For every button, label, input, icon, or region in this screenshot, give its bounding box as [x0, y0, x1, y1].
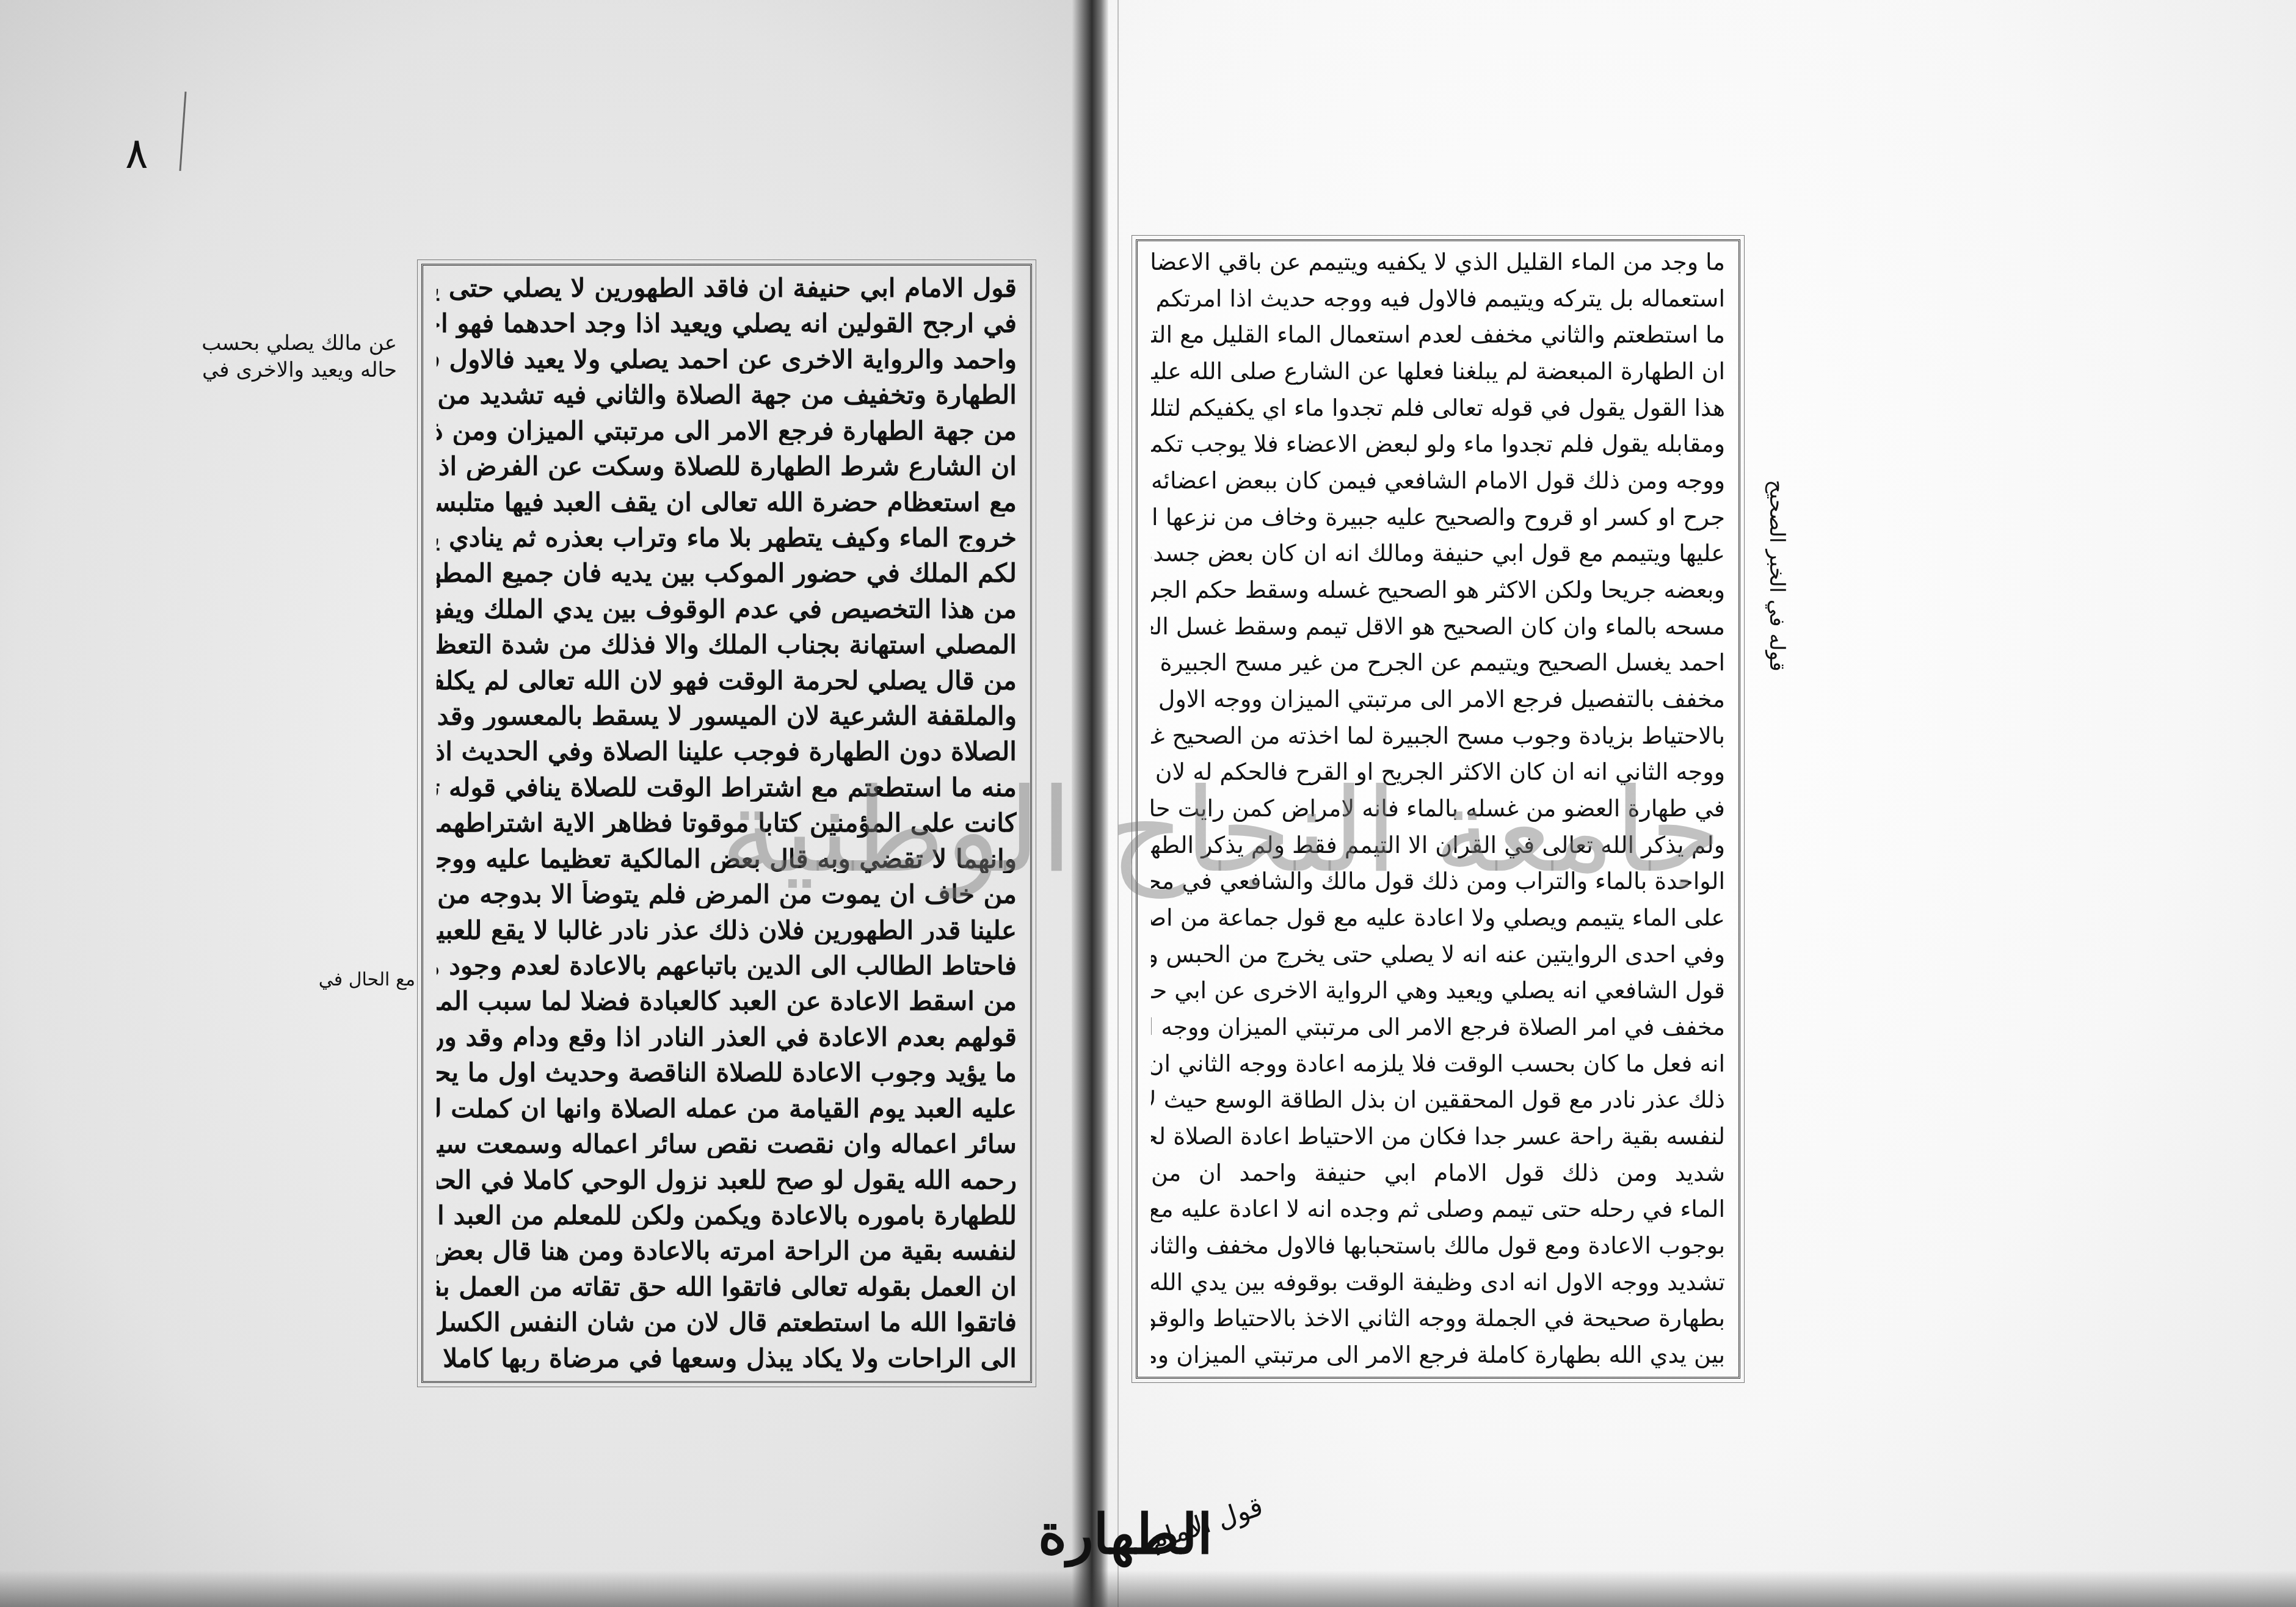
text-line: قولهم بعدم الاعادة في العذر النادر اذا و…	[437, 1023, 1017, 1051]
margin-note-right-vertical: قوله في الخبر الصحيح	[1753, 342, 1789, 672]
text-line: ان الطهارة المبعضة لم يبلغنا فعلها عن ال…	[1151, 359, 1725, 385]
text-line: احمد يغسل الصحيح ويتيمم عن الجرح من غير …	[1151, 650, 1725, 676]
text-line: بالاحتياط بزيادة وجوب مسح الجبيرة لما اخ…	[1151, 724, 1725, 749]
text-line: واحمد والرواية الاخرى عن احمد يصلي ولا ي…	[437, 346, 1017, 374]
text-line: خروج الماء وكيف يتطهر بلا ماء وتراب بعذر…	[437, 524, 1017, 552]
text-line: فاتقوا الله ما استطعتم قال لان من شان ال…	[437, 1308, 1017, 1337]
text-line: علينا قدر الطهورين فلان ذلك عذر نادر غال…	[437, 916, 1017, 945]
text-line: مسحه بالماء وان كان الصحيح هو الاقل تيمم…	[1151, 614, 1725, 640]
text-line: من قال يصلي لحرمة الوقت فهو لان الله تعا…	[437, 667, 1017, 695]
text-line: المصلي استهانة بجناب الملك والا فذلك من …	[437, 631, 1017, 659]
text-line: ما استطعتم والثاني مخفف لعدم استعمال الم…	[1151, 322, 1725, 348]
text-line: لكم الملك في حضور الموكب بين يديه فان جم…	[437, 559, 1017, 587]
text-line: جرح او كسر او قروح والصحيح عليه جبيرة وخ…	[1151, 505, 1725, 531]
text-line: بوجوب الاعادة ومع قول مالك باستحبابها فا…	[1151, 1233, 1725, 1259]
text-line: بين يدي الله بطهارة كاملة فرجع الامر الى…	[1151, 1343, 1725, 1368]
text-line: الى الراحات ولا يكاد يبذل وسعها في مرضاة…	[437, 1344, 1017, 1373]
text-line: على الماء يتيمم ويصلي ولا اعادة عليه مع …	[1151, 905, 1725, 931]
text-line: ووجه ومن ذلك قول الامام الشافعي فيمن كان…	[1151, 468, 1725, 494]
text-line: في ارجح القولين انه يصلي ويعيد اذا وجد ا…	[437, 310, 1017, 338]
text-line: ما وجد من الماء القليل الذي لا يكفيه ويت…	[1151, 250, 1725, 275]
text-line: ان العمل بقوله تعالى فاتقوا الله حق تقات…	[437, 1273, 1017, 1301]
text-line: بطهارة صحيحة في الجملة ووجه الثاني الاخذ…	[1151, 1306, 1725, 1332]
text-line: استعماله بل يتركه ويتيمم فالاول فيه ووجه…	[1151, 286, 1725, 312]
text-line: قول الامام ابي حنيفة ان فاقد الطهورين لا…	[437, 274, 1017, 302]
text-line: الماء في رحله حتى تيمم وصلى ثم وجده انه …	[1151, 1197, 1725, 1222]
text-line: من خاف ان يموت من المرض فلم يتوضأ الا بد…	[437, 880, 1017, 909]
text-line: وبعضه جريحا ولكن الاكثر هو الصحيح غسله و…	[1151, 578, 1725, 603]
left-text-frame: قول الامام ابي حنيفة ان فاقد الطهورين لا…	[421, 264, 1032, 1383]
scan-bottom-shadow	[0, 1570, 2296, 1607]
text-line: شديد ومن ذلك قول الامام ابي حنيفة واحمد …	[1151, 1161, 1725, 1186]
text-line: قول الشافعي انه يصلي ويعيد وهي الرواية ا…	[1151, 978, 1725, 1004]
text-line: من جهة الطهارة فرجع الامر الى مرتبتي الم…	[437, 417, 1017, 445]
text-line: انه فعل ما كان بحسب الوقت فلا يلزمه اعاد…	[1151, 1051, 1725, 1077]
left-text-block: قول الامام ابي حنيفة ان فاقد الطهورين لا…	[437, 274, 1017, 1373]
text-line: فاحتاط الطالب الى الدين باتباعهم بالاعاد…	[437, 952, 1017, 980]
margin-note-left-middle: مع الحال في	[318, 968, 415, 992]
text-line: ذلك عذر نادر مع قول المحققين ان بذل الطا…	[1151, 1087, 1725, 1113]
text-line: كانت على المؤمنين كتابا موقوتا فظاهر الا…	[437, 809, 1017, 837]
text-line: من اسقط الاعادة عن العبد كالعبادة فضلا ل…	[437, 987, 1017, 1015]
text-line: وانهما لا تقضي وبه قال بعض المالكية تعظي…	[437, 845, 1017, 873]
book-gutter	[1072, 0, 1108, 1607]
text-line: ومقابله يقول فلم تجدوا ماء ولو لبعض الاع…	[1151, 432, 1725, 457]
text-line: ووجه الثاني انه ان كان الاكثر الجريح او …	[1151, 760, 1725, 785]
gutter-edge-line	[1117, 0, 1119, 1607]
text-line: رحمه الله يقول لو صح للعبد نزول الوحي كا…	[437, 1166, 1017, 1194]
text-line: للطهارة باموره بالاعادة ويكمن ولكن للمعل…	[437, 1202, 1017, 1230]
text-line: الصلاة دون الطهارة فوجب علينا الصلاة وفي…	[437, 738, 1017, 766]
text-line: ولم يذكر الله تعالى في القران الا التيمم…	[1151, 833, 1725, 858]
text-line: لنفسه بقية من الراحة امرته بالاعادة ومن …	[437, 1237, 1017, 1265]
right-text-frame: ما وجد من الماء القليل الذي لا يكفيه ويت…	[1136, 239, 1740, 1379]
text-line: والملقفة الشرعية لان الميسور لا يسقط بال…	[437, 702, 1017, 730]
right-text-block: ما وجد من الماء القليل الذي لا يكفيه ويت…	[1151, 250, 1725, 1368]
text-line: عليه العبد يوم القيامة من عمله الصلاة وا…	[437, 1095, 1017, 1123]
text-line: هذا القول يقول في قوله تعالى فلم تجدوا م…	[1151, 396, 1725, 421]
text-line: مخفف بالتفصيل فرجع الامر الى مرتبتي المي…	[1151, 687, 1725, 713]
text-line: سائر اعماله وان نقصت نقص سائر اعماله وسم…	[437, 1130, 1017, 1158]
text-line: لنفسه بقية راحة عسر جدا فكان من الاحتياط…	[1151, 1124, 1725, 1150]
text-line: مخفف في امر الصلاة فرجع الامر الى مرتبتي…	[1151, 1015, 1725, 1040]
text-line: من هذا التخصيص في عدم الوقوف بين يدي الم…	[437, 595, 1017, 623]
text-line: الطهارة وتخفيف من جهة الصلاة والثاني فيه…	[437, 381, 1017, 409]
text-line: تشديد ووجه الاول انه ادى وظيفة الوقت بوق…	[1151, 1270, 1725, 1296]
text-line: ان الشارع شرط الطهارة للصلاة وسكت عن الف…	[437, 452, 1017, 481]
text-line: في طهارة العضو من غسله بالماء فانه لامرا…	[1151, 796, 1725, 822]
margin-note-left-top: عن مالك يصلي بحسب حاله ويعيد والاخرى في	[202, 330, 397, 383]
text-line: الواحدة بالماء والتراب ومن ذلك قول مالك …	[1151, 869, 1725, 894]
text-line: مع استعظام حضرة الله تعالى ان يقف العبد …	[437, 488, 1017, 517]
folio-number: ٨	[125, 128, 148, 178]
text-line: منه ما استطعتم مع اشتراط الوقت للصلاة ين…	[437, 774, 1017, 802]
text-line: عليها ويتيمم مع قول ابي حنيفة ومالك انه …	[1151, 541, 1725, 567]
text-line: وفي احدى الروايتين عنه انه لا يصلي حتى ي…	[1151, 942, 1725, 968]
text-line: ما يؤيد وجوب الاعادة للصلاة الناقصة وحدي…	[437, 1059, 1017, 1087]
